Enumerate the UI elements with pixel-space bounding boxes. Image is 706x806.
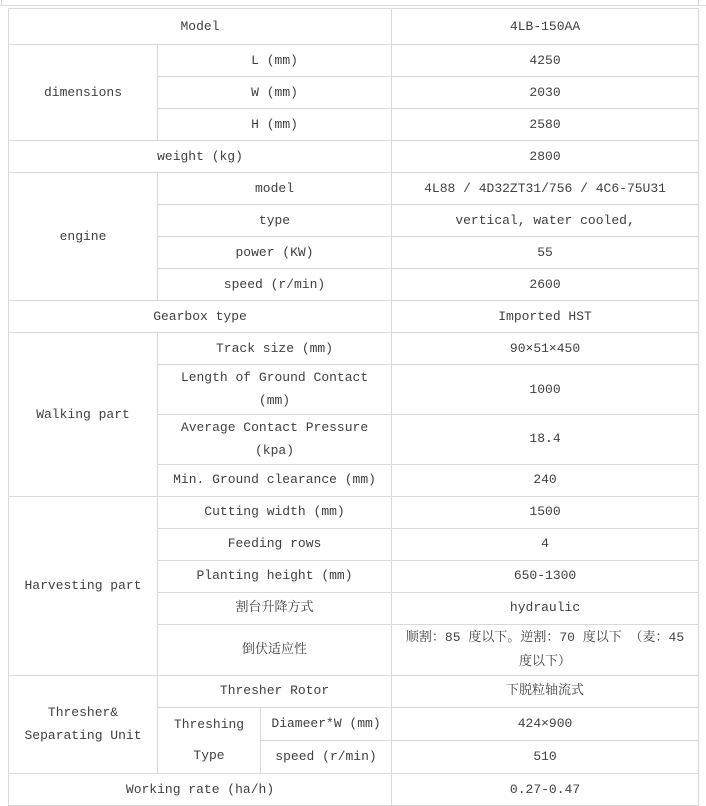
planting-height-label-cell: Planting height (mm) [158,560,392,592]
model-label-cell: Model [9,9,392,45]
engine-speed-label-cell: speed (r/min) [158,269,392,301]
row-cutting-width: Harvesting part Cutting width (mm) 1500 [9,496,699,528]
working-rate-label-cell: Working rate (ha/h) [9,774,392,806]
ground-clearance-value-cell: 240 [392,464,699,496]
harvesting-part-header-cell: Harvesting part [9,496,158,675]
row-working-rate: Working rate (ha/h) 0.27-0.47 [9,774,699,806]
lodging-adaptability-label-cell: 倒伏适应性 [158,624,392,675]
threshing-diameter-label-cell: Diameer*W (mm) [261,707,392,740]
engine-model-label-cell: model [158,173,392,205]
track-size-label-cell: Track size (mm) [158,333,392,365]
contact-pressure-value-cell: 18.4 [392,414,699,464]
dimensions-header-cell: dimensions [9,45,158,141]
engine-type-label-cell: type [158,205,392,237]
row-track-size: Walking part Track size (mm) 90×51×450 [9,333,699,365]
header-lifting-label-cell: 割台升降方式 [158,592,392,624]
cropped-table-right-border [698,0,699,6]
engine-model-value-cell: 4L88 / 4D32ZT31/756 / 4C6-75U31 [392,173,699,205]
threshing-diameter-value-cell: 424×900 [392,707,699,740]
ground-clearance-label-cell: Min. Ground clearance (mm) [158,464,392,496]
spec-table: Model 4LB-150AA dimensions L (mm) 4250 W… [8,8,699,806]
row-model: Model 4LB-150AA [9,9,699,45]
engine-power-label-cell: power (KW) [158,237,392,269]
gearbox-label-cell: Gearbox type [9,301,392,333]
lodging-adaptability-value-cell: 顺割：85 度以下。逆割：70 度以下 （麦：45 度以下） [392,624,699,675]
contact-pressure-label-cell: Average Contact Pressure (kpa) [158,414,392,464]
engine-type-value-cell: vertical, water cooled, [392,205,699,237]
weight-value-cell: 2800 [392,141,699,173]
ground-contact-label-cell: Length of Ground Contact (mm) [158,365,392,415]
cutting-width-label-cell: Cutting width (mm) [158,496,392,528]
dimension-l-label-cell: L (mm) [158,45,392,77]
thresher-unit-header-cell: Thresher& Separating Unit [9,675,158,774]
threshing-type-header-cell: Threshing Type [158,707,261,774]
thresher-rotor-label-cell: Thresher Rotor [158,675,392,707]
cropped-table-left-border [1,0,2,5]
engine-header-cell: engine [9,173,158,301]
dimension-w-value-cell: 2030 [392,77,699,109]
row-thresher-rotor: Thresher& Separating Unit Thresher Rotor… [9,675,699,707]
engine-power-value-cell: 55 [392,237,699,269]
feeding-rows-value-cell: 4 [392,528,699,560]
model-value-cell: 4LB-150AA [392,9,699,45]
gearbox-value-cell: Imported HST [392,301,699,333]
row-gearbox: Gearbox type Imported HST [9,301,699,333]
weight-label-cell: weight (kg) [9,141,392,173]
dimension-l-value-cell: 4250 [392,45,699,77]
track-size-value-cell: 90×51×450 [392,333,699,365]
row-dimension-l: dimensions L (mm) 4250 [9,45,699,77]
working-rate-value-cell: 0.27-0.47 [392,774,699,806]
dimension-w-label-cell: W (mm) [158,77,392,109]
thresher-rotor-value-cell: 下脱粒轴流式 [392,675,699,707]
planting-height-value-cell: 650-1300 [392,560,699,592]
cropped-table-bottom-border [0,5,706,6]
ground-contact-value-cell: 1000 [392,365,699,415]
row-weight: weight (kg) 2800 [9,141,699,173]
header-lifting-value-cell: hydraulic [392,592,699,624]
walking-part-header-cell: Walking part [9,333,158,497]
dimension-h-label-cell: H (mm) [158,109,392,141]
cutting-width-value-cell: 1500 [392,496,699,528]
dimension-h-value-cell: 2580 [392,109,699,141]
row-engine-model: engine model 4L88 / 4D32ZT31/756 / 4C6-7… [9,173,699,205]
feeding-rows-label-cell: Feeding rows [158,528,392,560]
engine-speed-value-cell: 2600 [392,269,699,301]
